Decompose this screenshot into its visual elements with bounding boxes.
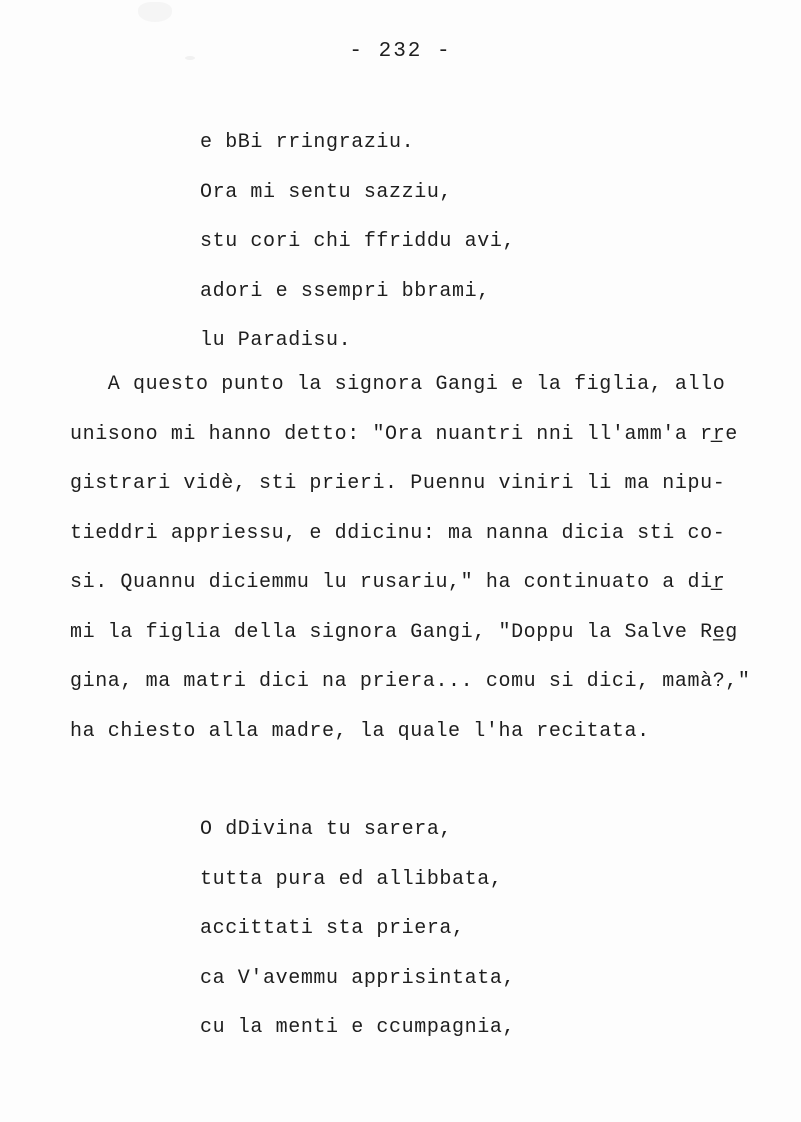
verse-line: accittati sta priera, <box>200 904 515 954</box>
paragraph-line: ha chiesto alla madre, la quale l'ha rec… <box>70 707 751 757</box>
page-number: - 232 - <box>0 38 801 66</box>
verse-line: adori e ssempri bbrami, <box>200 267 515 317</box>
paragraph-line: A questo punto la signora Gangi e la fig… <box>70 360 751 410</box>
paragraph-line: tieddri appriessu, e ddicinu: ma nanna d… <box>70 509 751 559</box>
verse-block-second: O dDivina tu sarera, tutta pura ed allib… <box>200 805 515 1053</box>
verse-line: lu Paradisu. <box>200 316 515 366</box>
verse-line: Ora mi sentu sazziu, <box>200 168 515 218</box>
paragraph-line: si. Quannu diciemmu lu rusariu," ha cont… <box>70 558 751 608</box>
verse-line: stu cori chi ffriddu avi, <box>200 217 515 267</box>
verse-block-first: e bBi rringraziu. Ora mi sentu sazziu, s… <box>200 118 515 366</box>
verse-line: O dDivina tu sarera, <box>200 805 515 855</box>
scan-artifact <box>138 2 172 22</box>
verse-line: ca V'avemmu apprisintata, <box>200 954 515 1004</box>
paragraph-line: gina, ma matri dici na priera... comu si… <box>70 657 751 707</box>
paragraph-line: gistrari vidè, sti prieri. Puennu viniri… <box>70 459 751 509</box>
verse-line: cu la menti e ccumpagnia, <box>200 1003 515 1053</box>
document-page: - 232 - e bBi rringraziu. Ora mi sentu s… <box>0 0 801 1122</box>
paragraph-line: unisono mi hanno detto: "Ora nuantri nni… <box>70 410 751 460</box>
prose-paragraph: A questo punto la signora Gangi e la fig… <box>70 360 751 756</box>
verse-line: tutta pura ed allibbata, <box>200 855 515 905</box>
verse-line: e bBi rringraziu. <box>200 118 515 168</box>
paragraph-line: mi la figlia della signora Gangi, "Doppu… <box>70 608 751 658</box>
